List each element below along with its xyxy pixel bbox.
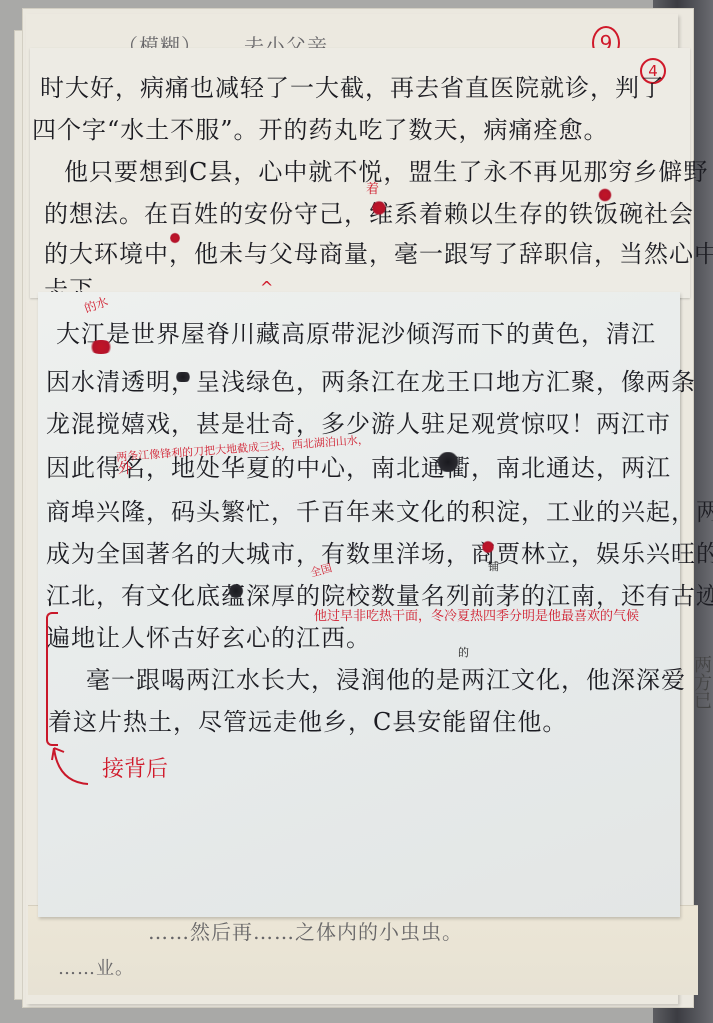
top-page-line-5: 的大环境中，他未与父母商量，毫一跟写了辞职信，当然心中依然 — [44, 234, 713, 269]
red-arrow-icon — [48, 742, 108, 802]
right-edge-fragment: 两方已 — [688, 655, 713, 709]
red-note-climate: 他过早非吃热干面，冬冷夏热四季分明是他最喜欢的气候 — [314, 608, 674, 626]
red-strike-blot — [482, 540, 494, 554]
main-page-line-7: 江北，有文化底蕴深厚的院校数量名列前茅的江南，还有古迹 — [46, 576, 713, 611]
red-strike-blot — [170, 232, 180, 244]
red-correction-wai: 外 — [118, 458, 132, 478]
top-page-line-3: 他只要想到C县，心中就不悦，盟生了永不再见那穷乡僻野 — [64, 152, 708, 187]
red-correction-de-shui: 的水 — [82, 292, 110, 316]
red-margin-bracket — [46, 612, 58, 746]
correction-de: 的 — [458, 644, 469, 660]
red-strike-blot — [372, 200, 386, 216]
main-page-line-4: 因此得名，地处华夏的中心，南北通衢，南北通达，两江 — [46, 448, 671, 483]
main-page-line-6: 成为全国著名的大城市，有数里洋场，商贾林立，娱乐兴旺的 — [46, 534, 713, 569]
top-page-line-4: 的想法。在百姓的安份守己，维系着赖以生存的铁饭碗社会 — [44, 194, 694, 229]
top-page-4: 4 时大好，病痛也减轻了一大截，再去省直医院就诊，判了 四个字“水土不服”。开的… — [30, 48, 690, 298]
main-page-line-1: 大江是世界屋脊川藏高原带泥沙倾泻而下的黄色，清江 — [56, 314, 656, 349]
back-page-bottom-line: ……然后再……之体内的小虫虫。 — [148, 916, 463, 945]
folded-bottom-sheet: ……然后再……之体内的小虫虫。 ……业。 — [28, 905, 698, 995]
main-page-line-9: 毫一跟喝两江水长大，浸润他的是两江文化，他深深爱 — [86, 660, 686, 695]
red-strike-blot — [598, 188, 612, 202]
main-page-line-10: 着这片热土，尽管远走他乡，C县安能留住他。 — [48, 702, 567, 737]
top-page-line-2: 四个字“水土不服”。开的药丸吃了数天，病痛痊愈。 — [32, 110, 609, 145]
red-strike-blot — [88, 340, 114, 354]
ink-scribble — [436, 452, 460, 472]
main-page-line-5: 商埠兴隆，码头繁忙，千百年来文化的积淀，工业的兴起，两江 — [46, 492, 713, 527]
main-page-line-2: 因水清透明，呈浅绿色，两条江在龙王口地方汇聚，像两条 — [46, 362, 696, 397]
back-page-last-line: ……业。 — [58, 954, 134, 980]
red-correction-zhe: 着 — [366, 178, 379, 197]
ink-scribble — [174, 372, 192, 382]
main-page: 的水 大江是世界屋脊川藏高原带泥沙倾泻而下的黄色，清江 因水清透明，呈浅绿色，两… — [38, 292, 680, 917]
ink-scribble — [228, 584, 244, 598]
red-note-continue-on-back: 接背后 — [102, 752, 168, 783]
top-page-line-1: 时大好，病痛也减轻了一大截，再去省直医院就诊，判了 — [40, 68, 665, 103]
correction-pu: 铺 — [488, 558, 499, 574]
